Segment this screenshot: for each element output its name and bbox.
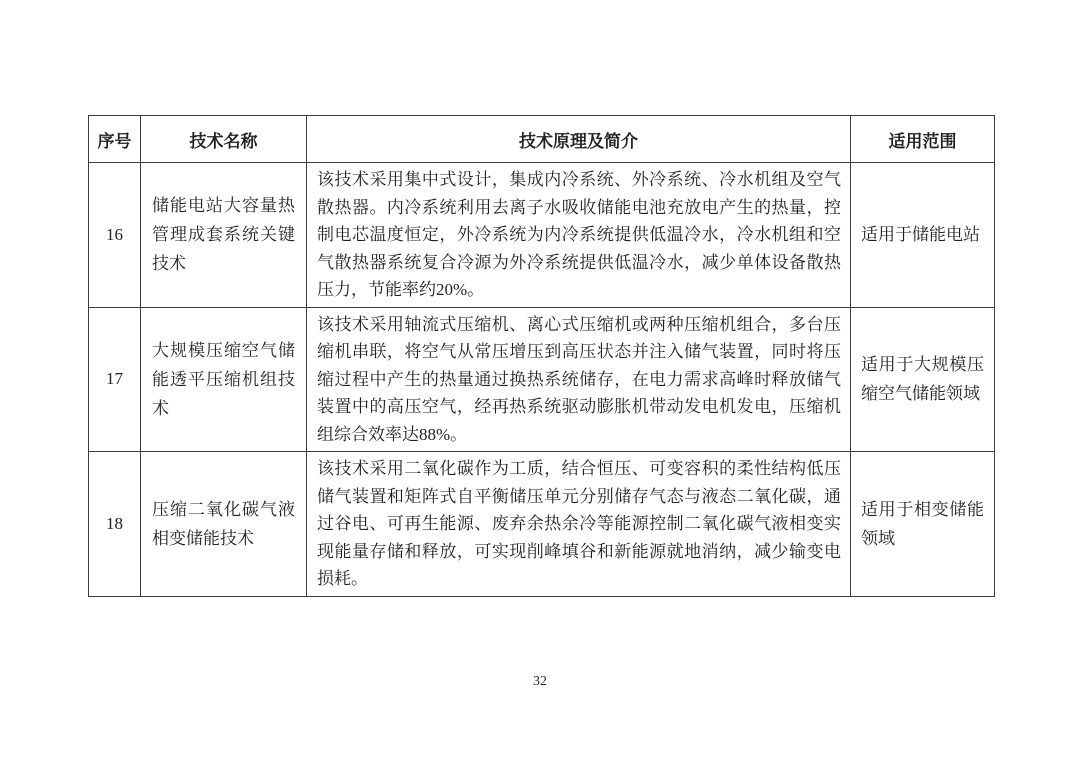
header-technology-name: 技术名称 — [141, 116, 307, 163]
table-row: 18 压缩二氧化碳气液相变储能技术 该技术采用二氧化碳作为工质，结合恒压、可变容… — [89, 452, 995, 597]
cell-technology-name: 储能电站大容量热管理成套系统关键技术 — [141, 163, 307, 308]
header-applicable-scope: 适用范围 — [851, 116, 995, 163]
cell-serial-number: 18 — [89, 452, 141, 597]
cell-technology-name: 压缩二氧化碳气液相变储能技术 — [141, 452, 307, 597]
cell-applicable-scope: 适用于储能电站 — [851, 163, 995, 308]
cell-technology-name: 大规模压缩空气储能透平压缩机组技术 — [141, 307, 307, 452]
page-number: 32 — [0, 674, 1080, 690]
table-row: 16 储能电站大容量热管理成套系统关键技术 该技术采用集中式设计，集成内冷系统、… — [89, 163, 995, 308]
table-row: 17 大规模压缩空气储能透平压缩机组技术 该技术采用轴流式压缩机、离心式压缩机或… — [89, 307, 995, 452]
cell-principle-intro: 该技术采用集中式设计，集成内冷系统、外冷系统、冷水机组及空气散热器。内冷系统利用… — [307, 163, 851, 308]
document-page: 序号 技术名称 技术原理及简介 适用范围 16 储能电站大容量热管理成套系统关键… — [0, 0, 1080, 764]
header-principle-intro: 技术原理及简介 — [307, 116, 851, 163]
cell-serial-number: 17 — [89, 307, 141, 452]
cell-applicable-scope: 适用于相变储能领域 — [851, 452, 995, 597]
header-serial-number: 序号 — [89, 116, 141, 163]
cell-applicable-scope: 适用于大规模压缩空气储能领域 — [851, 307, 995, 452]
technology-table: 序号 技术名称 技术原理及简介 适用范围 16 储能电站大容量热管理成套系统关键… — [88, 115, 995, 597]
table-header-row: 序号 技术名称 技术原理及简介 适用范围 — [89, 116, 995, 163]
cell-principle-intro: 该技术采用二氧化碳作为工质，结合恒压、可变容积的柔性结构低压储气装置和矩阵式自平… — [307, 452, 851, 597]
cell-principle-intro: 该技术采用轴流式压缩机、离心式压缩机或两种压缩机组合，多台压缩机串联，将空气从常… — [307, 307, 851, 452]
cell-serial-number: 16 — [89, 163, 141, 308]
